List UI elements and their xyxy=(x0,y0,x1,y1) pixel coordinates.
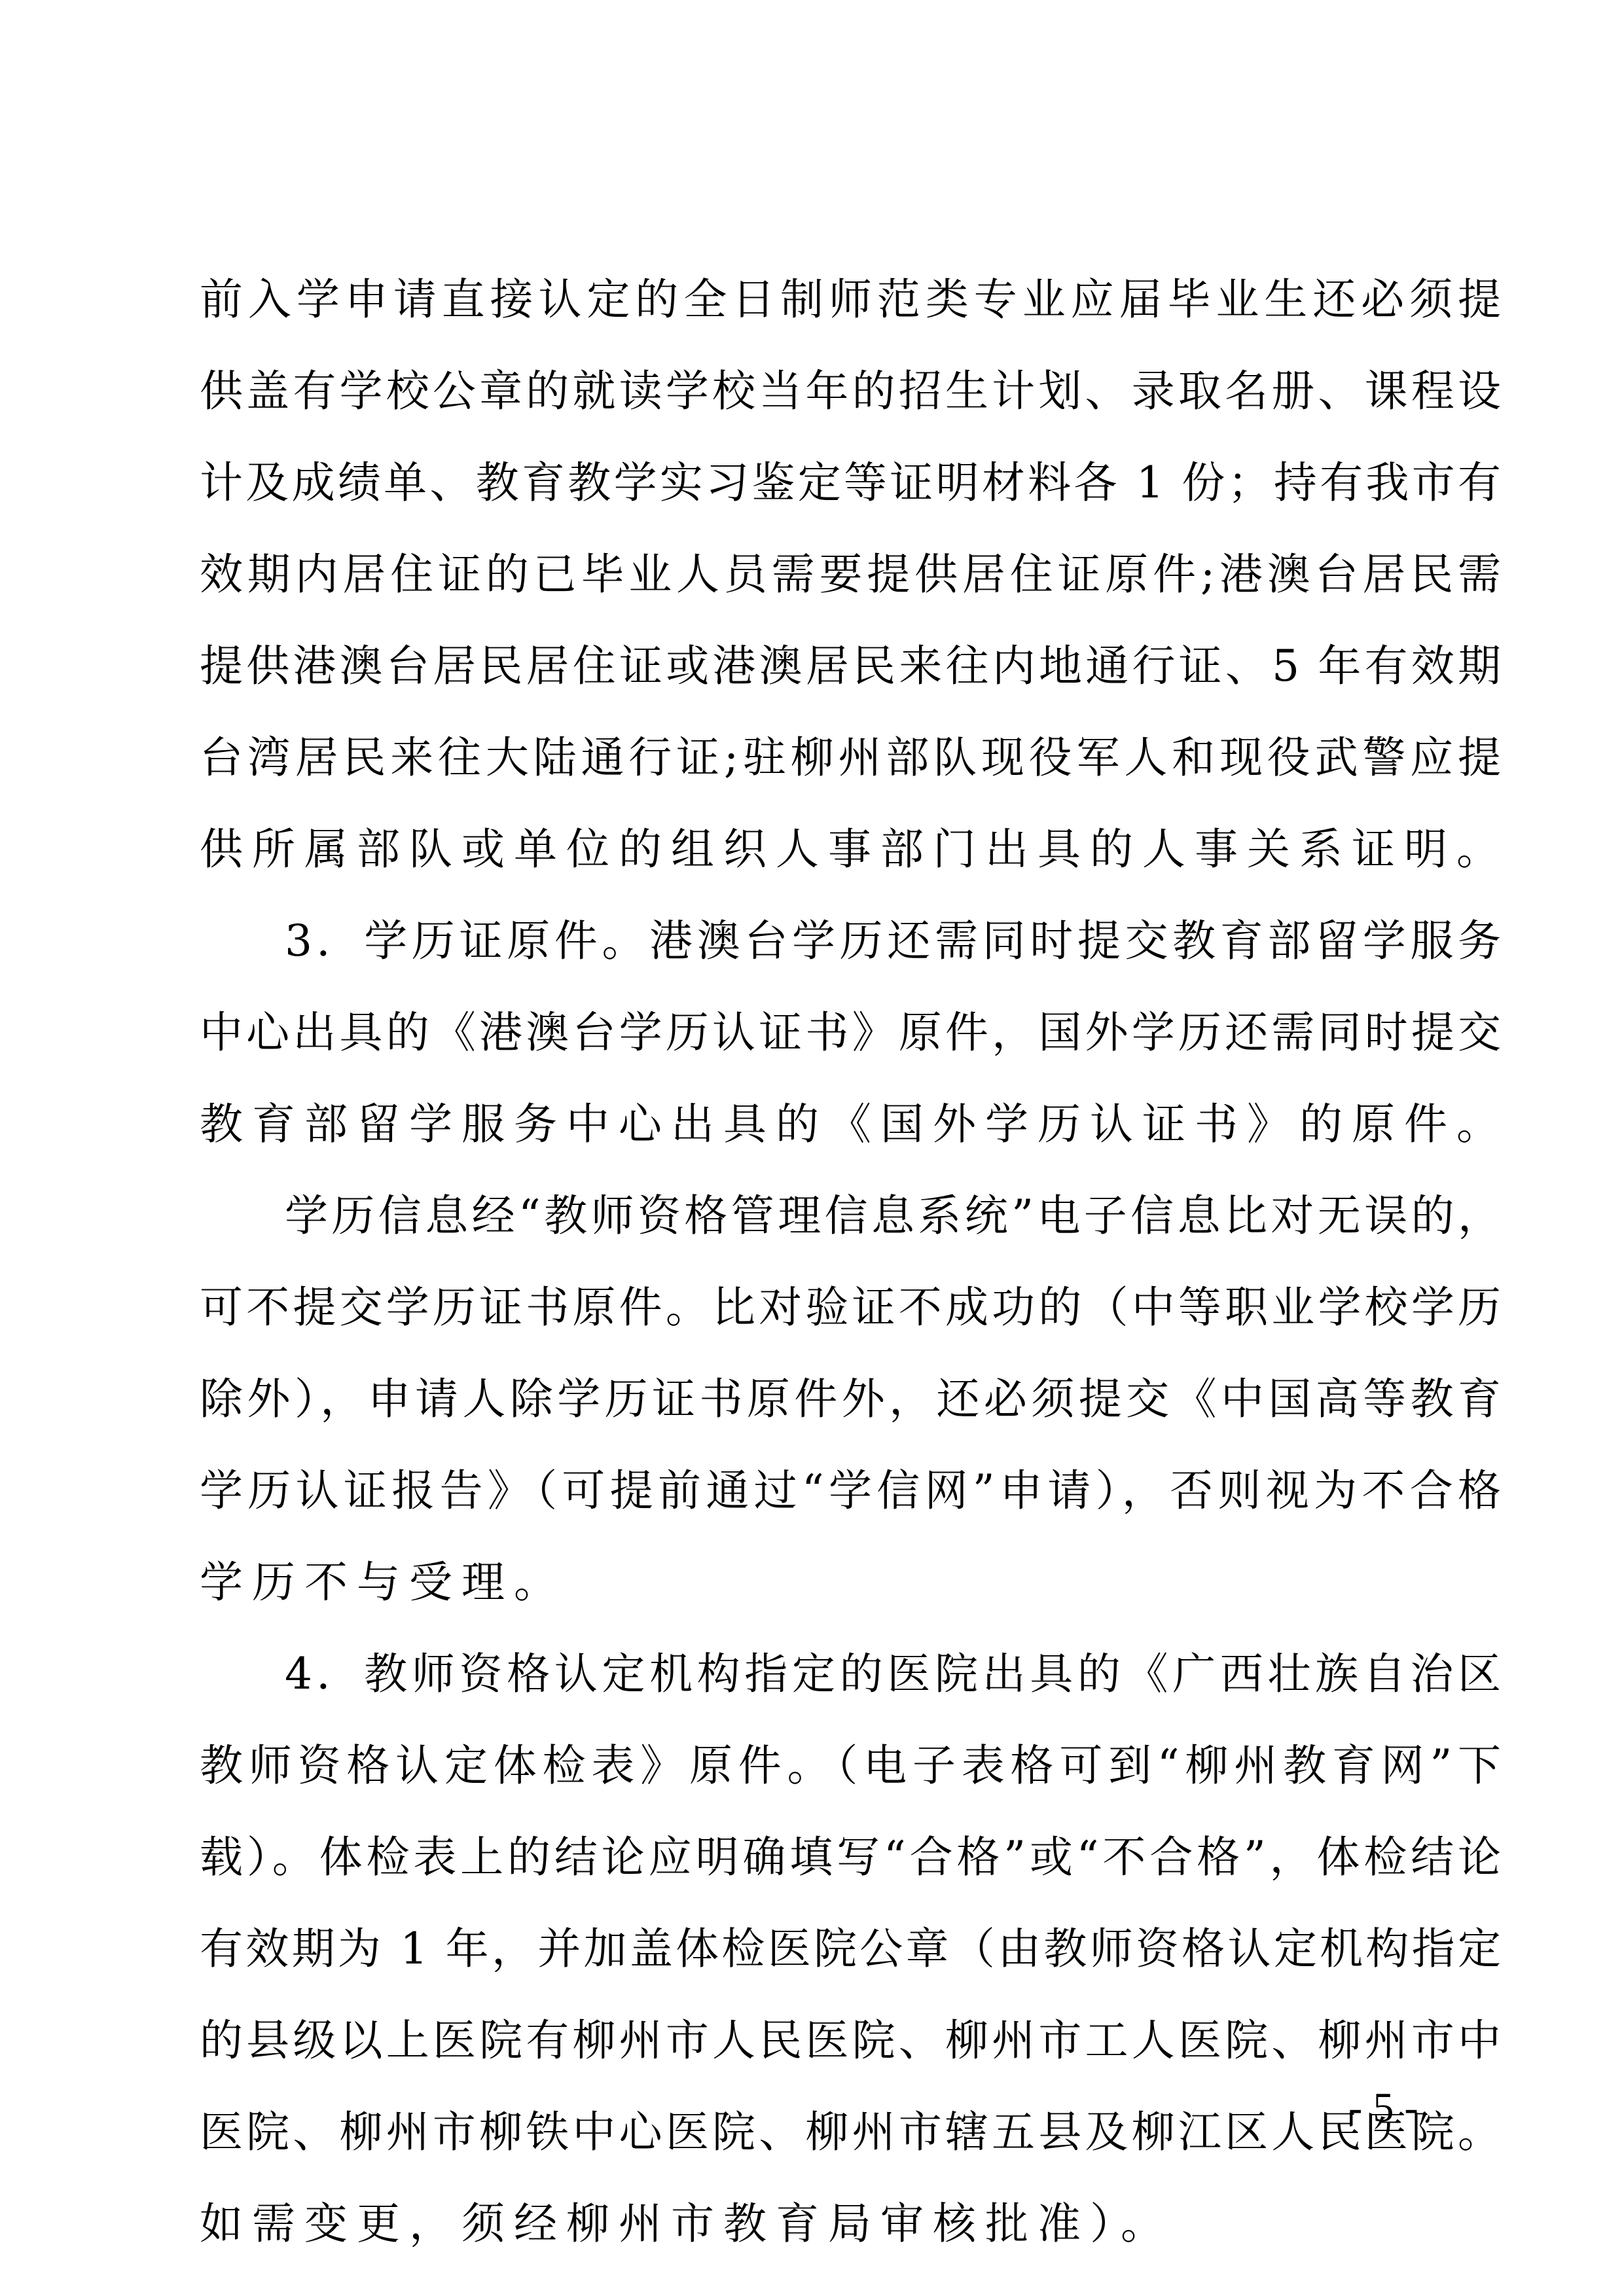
text-line: 的县级以上医院有柳州市人民医院、柳州市工人医院、柳州市中 xyxy=(200,1995,1502,2087)
document-page: 前入学申请直接认定的全日制师范类专业应届毕业生还必须提 供盖有学校公章的就读学校… xyxy=(0,0,1624,2296)
paragraph-education-verification: 学历信息经“教师资格管理信息系统”电子信息比对无误的， 可不提交学历证书原件。比… xyxy=(200,1170,1502,1628)
paragraph-continuation: 前入学申请直接认定的全日制师范类专业应届毕业生还必须提 供盖有学校公章的就读学校… xyxy=(200,254,1502,895)
text-line: 学历不与受理。 xyxy=(200,1537,1502,1628)
paragraph-item-3: 3．学历证原件。港澳台学历还需同时提交教育部留学服务 中心出具的《港澳台学历认证… xyxy=(200,895,1502,1170)
text-line: 计及成绩单、教育教学实习鉴定等证明材料各 1 份；持有我市有 xyxy=(200,437,1502,529)
body-text: 前入学申请直接认定的全日制师范类专业应届毕业生还必须提 供盖有学校公章的就读学校… xyxy=(200,254,1502,2270)
text-line: 供盖有学校公章的就读学校当年的招生计划、录取名册、课程设 xyxy=(200,346,1502,437)
text-line: 除外），申请人除学历证书原件外，还必须提交《中国高等教育 xyxy=(200,1354,1502,1445)
text-line: 载）。体检表上的结论应明确填写“合格”或“不合格”，体检结论 xyxy=(200,1812,1502,1903)
text-line: 教师资格认定体检表》原件。（电子表格可到“柳州教育网”下 xyxy=(200,1720,1502,1812)
text-line: 台湾居民来往大陆通行证;驻柳州部队现役军人和现役武警应提 xyxy=(200,712,1502,804)
page-number: - 5 - xyxy=(1348,2085,1418,2130)
text-line: 4．教师资格认定机构指定的医院出具的《广西壮族自治区 xyxy=(200,1628,1502,1720)
text-line: 教育部留学服务中心出具的《国外学历认证书》的原件。 xyxy=(200,1079,1502,1170)
text-line: 有效期为 1 年，并加盖体检医院公章（由教师资格认定机构指定 xyxy=(200,1903,1502,1995)
text-line: 效期内居住证的已毕业人员需要提供居住证原件;港澳台居民需 xyxy=(200,529,1502,620)
text-line: 供所属部队或单位的组织人事部门出具的人事关系证明。 xyxy=(200,804,1502,895)
text-line: 医院、柳州市柳铁中心医院、柳州市辖五县及柳江区人民医院。 xyxy=(200,2087,1502,2178)
text-line: 学历信息经“教师资格管理信息系统”电子信息比对无误的， xyxy=(200,1170,1502,1262)
text-line: 如需变更，须经柳州市教育局审核批准）。 xyxy=(200,2178,1502,2270)
text-line: 可不提交学历证书原件。比对验证不成功的（中等职业学校学历 xyxy=(200,1262,1502,1354)
text-line: 前入学申请直接认定的全日制师范类专业应届毕业生还必须提 xyxy=(200,254,1502,346)
paragraph-item-4: 4．教师资格认定机构指定的医院出具的《广西壮族自治区 教师资格认定体检表》原件。… xyxy=(200,1628,1502,2270)
text-line: 3．学历证原件。港澳台学历还需同时提交教育部留学服务 xyxy=(200,895,1502,987)
text-line: 提供港澳台居民居住证或港澳居民来往内地通行证、5 年有效期 xyxy=(200,620,1502,712)
text-line: 中心出具的《港澳台学历认证书》原件，国外学历还需同时提交 xyxy=(200,987,1502,1079)
text-line: 学历认证报告》（可提前通过“学信网”申请），否则视为不合格 xyxy=(200,1445,1502,1537)
